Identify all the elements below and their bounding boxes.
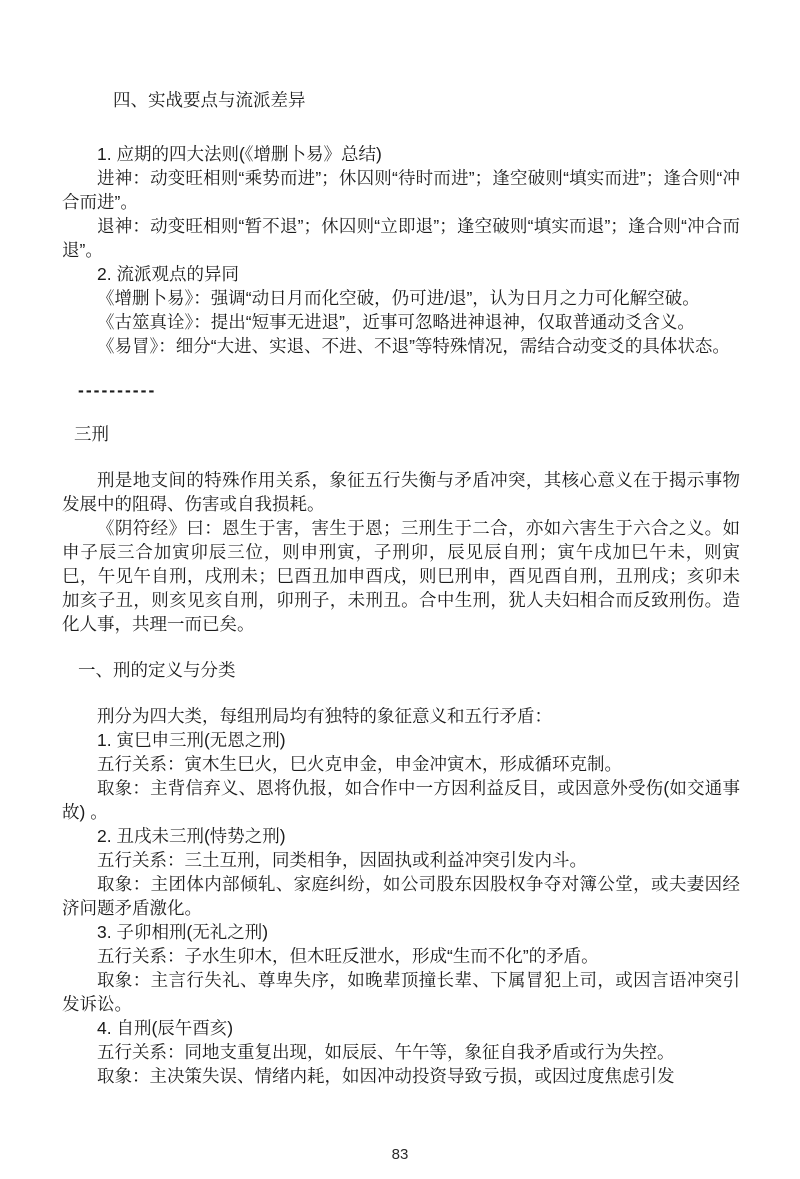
paragraph: 《古筮真诠》：提出“短事无进退”，近事可忽略进神退神，仅取普通动爻含义。 [62,310,740,334]
paragraph: 刑分为四大类，每组刑局均有独特的象征意义和五行矛盾： [62,704,740,728]
paragraph: 退神：动变旺相则“暂不退”；休囚则“立即退”；逢空破则“填实而退”；逢合则“冲合… [62,214,740,262]
page-number: 83 [0,1146,800,1163]
document-body: 四、实战要点与流派差异1. 应期的四大法则(《增删卜易》总结)进神：动变旺相则“… [62,0,740,1088]
paragraph: 《易冒》：细分“大进、实退、不进、不退”等特殊情况，需结合动变爻的具体状态。 [62,334,740,358]
heading-sub: 一、刑的定义与分类 [62,658,740,682]
document-page: 四、实战要点与流派差异1. 应期的四大法则(《增删卜易》总结)进神：动变旺相则“… [0,0,800,1179]
paragraph: 取象：主背信弃义、恩将仇报，如合作中一方因利益反目，或因意外受伤(如交通事故) … [62,776,740,824]
paragraph: 取象：主言行失礼、尊卑失序，如晚辈顶撞长辈、下属冒犯上司，或因言语冲突引发诉讼。 [62,968,740,1016]
paragraph: 3. 子卯相刑(无礼之刑) [62,920,740,944]
paragraph: 刑是地支间的特殊作用关系，象征五行失衡与矛盾冲突，其核心意义在于揭示事物发展中的… [62,468,740,516]
divider: ---------- [62,378,740,402]
paragraph: 《阴符经》曰：恩生于害，害生于恩；三刑生于二合，亦如六害生于六合之义。如申子辰三… [62,516,740,636]
paragraph: 五行关系：寅木生巳火，巳火克申金，申金冲寅木，形成循环克制。 [62,752,740,776]
paragraph: 2. 丑戌未三刑(恃势之刑) [62,824,740,848]
paragraph: 五行关系：同地支重复出现，如辰辰、午午等，象征自我矛盾或行为失控。 [62,1040,740,1064]
paragraph: 五行关系：三土互刑，同类相争，因固执或利益冲突引发内斗。 [62,848,740,872]
paragraph: 取象：主决策失误、情绪内耗，如因冲动投资导致亏损，或因过度焦虑引发 [62,1064,740,1088]
paragraph: 进神：动变旺相则“乘势而进”；休囚则“待时而进”；逢空破则“填实而进”；逢合则“… [62,166,740,214]
paragraph: 1. 应期的四大法则(《增删卜易》总结) [62,142,740,166]
paragraph: 《增删卜易》：强调“动日月而化空破，仍可进/退”，认为日月之力可化解空破。 [62,286,740,310]
paragraph: 1. 寅巳申三刑(无恩之刑) [62,728,740,752]
paragraph: 4. 自刑(辰午酉亥) [62,1016,740,1040]
paragraph: 取象：主团体内部倾轧、家庭纠纷，如公司股东因股权争夺对簿公堂，或夫妻因经济问题矛… [62,872,740,920]
heading-main: 四、实战要点与流派差异 [62,88,740,112]
paragraph: 2. 流派观点的异同 [62,262,740,286]
paragraph: 五行关系：子水生卯木，但木旺反泄水，形成“生而不化”的矛盾。 [62,944,740,968]
section-title: 三刑 [62,422,740,446]
